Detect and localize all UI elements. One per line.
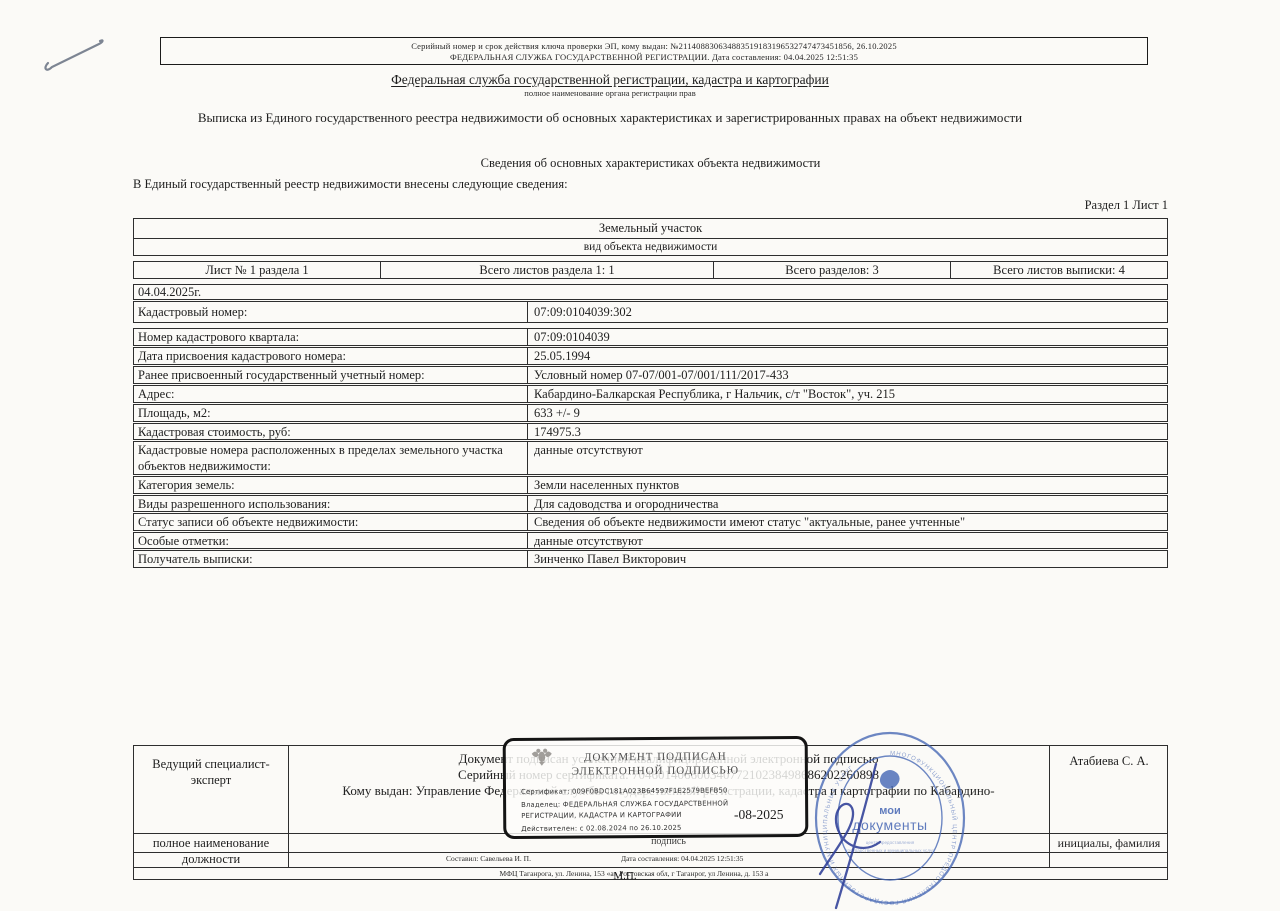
handwritten-signature [790,735,1010,911]
sheet-cell: Всего разделов: 3 [714,262,951,278]
compiled-by: Составил: Савельева И. П. [446,854,531,863]
table-divider [134,867,1167,868]
intro-line: В Единый государственный реестр недвижим… [133,177,568,192]
document-title: Выписка из Единого государственного реес… [0,110,1220,126]
org-name-title: Федеральная служба государственной регис… [0,72,1220,88]
row-value: Кабардино-Балкарская Республика, г Нальч… [528,386,1167,402]
table-row: Особые отметки: данные отсутствуют [133,532,1168,549]
scanned-egrn-extract-page: { "key_box": { "line1": "Серийный номер … [0,0,1280,911]
esign-owner-line2: РЕГИСТРАЦИИ, КАДАСТРА И КАРТОГРАФИИ [521,811,682,820]
row-value: 07:09:0104039 [528,329,1167,345]
row-label: Категория земель: [134,477,528,493]
object-type-caption: вид объекта недвижимости [134,238,1167,255]
table-divider [134,852,1167,853]
row-label: Кадастровый номер: [134,302,528,322]
signer-caption: инициалы, фамилия [1049,836,1169,851]
row-label: Кадастровые номера расположенных в преде… [134,442,528,474]
row-value: Зинченко Павел Викторович [528,551,1167,567]
position-caption-line2: должности [134,852,288,867]
table-row: Категория земель: Земли населенных пункт… [133,476,1168,494]
table-row: Виды разрешенного использования: Для сад… [133,495,1168,512]
compiled-date: Дата составления: 04.04.2025 12:51:35 [621,854,743,863]
row-label: Кадастровая стоимость, руб: [134,424,528,439]
row-label: Площадь, м2: [134,405,528,421]
esign-stamp-title-line2: ЭЛЕКТРОННОЙ ПОДПИСЬЮ [506,764,805,778]
stamp-place-label: М.П. [585,870,665,882]
table-row: Кадастровый номер: 07:09:0104039:302 [133,301,1168,323]
row-value: Для садоводства и огородничества [528,496,1167,511]
details-table: 04.04.2025г. Кадастровый номер: 07:09:01… [133,284,1168,568]
table-row: Ранее присвоенный государственный учетны… [133,366,1168,384]
esign-stamp-title-line1: ДОКУМЕНТ ПОДПИСАН [506,750,805,764]
position-caption-line1: полное наименование [134,836,288,851]
sheet-cell: Лист № 1 раздела 1 [134,262,381,278]
esign-owner-line1: Владелец: ФЕДЕРАЛЬНАЯ СЛУЖБА ГОСУДАРСТВЕ… [521,799,728,808]
section-sheet-label: Раздел 1 Лист 1 [133,198,1168,213]
table-row: Площадь, м2: 633 +/- 9 [133,404,1168,422]
section-title: Сведения об основных характеристиках объ… [133,156,1168,171]
table-row: Статус записи об объекте недвижимости: С… [133,513,1168,531]
pen-checkmark [30,25,150,75]
specialist-position: Ведущий специалист-эксперт [134,756,288,788]
row-label: Виды разрешенного использования: [134,496,528,511]
table-row: Номер кадастрового квартала: 07:09:01040… [133,328,1168,346]
esign-validity: Действителен: с 02.08.2024 по 26.10.2025 [521,824,681,833]
object-type-value: Земельный участок [134,219,1167,238]
row-label: Особые отметки: [134,533,528,548]
row-label: Ранее присвоенный государственный учетны… [134,367,528,383]
org-name-caption: полное наименование органа регистрации п… [0,88,1220,98]
row-value: Земли населенных пунктов [528,477,1167,493]
sheet-cell: Всего листов раздела 1: 1 [381,262,714,278]
esign-key-header-box: Серийный номер и срок действия ключа про… [160,37,1148,65]
row-value: 07:09:0104039:302 [528,302,1167,322]
row-label: Номер кадастрового квартала: [134,329,528,345]
row-value: Сведения об объекте недвижимости имеют с… [528,514,1167,530]
key-agency-line: ФЕДЕРАЛЬНАЯ СЛУЖБА ГОСУДАРСТВЕННОЙ РЕГИС… [161,52,1147,63]
row-label: Адрес: [134,386,528,402]
table-row: Кадастровые номера расположенных в преде… [133,441,1168,475]
table-row: Дата присвоения кадастрового номера: 25.… [133,347,1168,365]
row-label: Получатель выписки: [134,551,528,567]
row-value: данные отсутствуют [528,442,1167,474]
row-label: Статус записи об объекте недвижимости: [134,514,528,530]
row-value: Условный номер 07-07/001-07/001/111/2017… [528,367,1167,383]
sheet-cell: Всего листов выписки: 4 [951,262,1167,278]
date-header-row: 04.04.2025г. [133,284,1168,300]
table-row: Кадастровая стоимость, руб: 174975.3 [133,423,1168,440]
esign-certificate: Сертификат: 009F0BDC181A023B64597F1E2579… [521,786,728,795]
row-value: 174975.3 [528,424,1167,439]
table-row: Получатель выписки: Зинченко Павел Викто… [133,550,1168,568]
esign-ghost-date-fragment: -08-2025 [734,807,784,823]
esign-stamp-box: ДОКУМЕНТ ПОДПИСАН ЭЛЕКТРОННОЙ ПОДПИСЬЮ С… [503,736,809,839]
object-type-table: Земельный участок вид объекта недвижимос… [133,218,1168,256]
row-label: Дата присвоения кадастрового номера: [134,348,528,364]
signer-name: Атабиева С. А. [1049,754,1169,769]
key-serial-line: Серийный номер и срок действия ключа про… [161,41,1147,52]
row-value: 25.05.1994 [528,348,1167,364]
sheet-counters-table: Лист № 1 раздела 1 Всего листов раздела … [133,261,1168,279]
row-value: 633 +/- 9 [528,405,1167,421]
table-row: Адрес: Кабардино-Балкарская Республика, … [133,385,1168,403]
row-value: данные отсутствуют [528,533,1167,548]
